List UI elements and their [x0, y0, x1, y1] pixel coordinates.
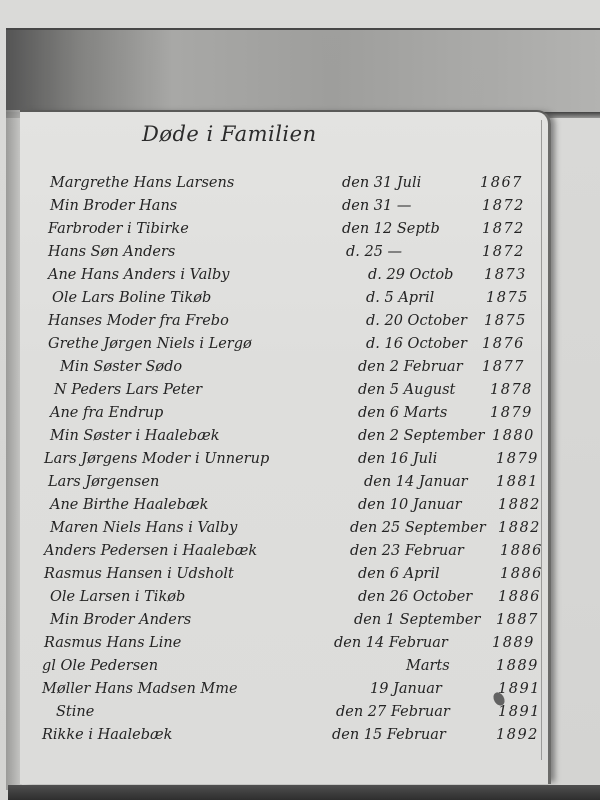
document-photo: Døde i Familien Margrethe Hans Larsens d…	[0, 0, 600, 800]
entry-date: den 1 September	[354, 612, 480, 628]
entry-year: 1867	[480, 175, 523, 191]
entry-date: den 14 Februar	[334, 635, 448, 651]
register-entry: Min Søster Sødo den 2 Februar 1877	[20, 359, 548, 381]
register-entry: Rasmus Hansen i Udsholt den 6 April 1886	[20, 566, 548, 588]
register-page: Døde i Familien Margrethe Hans Larsens d…	[20, 110, 551, 784]
entry-name: Ole Larsen i Tikøb	[50, 589, 185, 605]
entry-name: Anders Pedersen i Haalebæk	[44, 543, 257, 559]
entry-name: Min Broder Anders	[50, 612, 191, 628]
entry-date: den 10 Januar	[358, 497, 462, 513]
entry-year: 1882	[498, 497, 541, 513]
death-register-list: Margrethe Hans Larsens den 31 Juli 1867 …	[20, 112, 548, 784]
entry-date: den 31 —	[342, 198, 411, 214]
entry-name: Ane fra Endrup	[50, 405, 163, 421]
register-entry: Margrethe Hans Larsens den 31 Juli 1867	[20, 175, 548, 197]
register-entry: Lars Jørgensen den 14 Januar 1881	[20, 474, 548, 496]
entry-year: 1872	[482, 198, 525, 214]
entry-year: 1886	[500, 566, 543, 582]
register-entry: Min Broder Hans den 31 — 1872	[20, 198, 548, 220]
entry-year: 1873	[484, 267, 527, 283]
entry-name: Hans Søn Anders	[48, 244, 175, 260]
entry-year: 1887	[496, 612, 539, 628]
entry-name: Ane Hans Anders i Valby	[48, 267, 229, 283]
entry-name: Min Søster Sødo	[60, 359, 182, 375]
entry-date: den 27 Februar	[336, 704, 450, 720]
register-entry: Ane Hans Anders i Valby d. 29 Octob 1873	[20, 267, 548, 289]
entry-date: d. 5 April	[366, 290, 434, 306]
entry-date: den 6 April	[358, 566, 440, 582]
register-entry: Rikke i Haalebæk den 15 Februar 1892	[20, 727, 548, 749]
entry-year: 1881	[496, 474, 539, 490]
register-entry: Maren Niels Hans i Valby den 25 Septembe…	[20, 520, 548, 542]
register-entry: Anders Pedersen i Haalebæk den 23 Februa…	[20, 543, 548, 565]
entry-date: den 23 Februar	[350, 543, 464, 559]
entry-date: Marts	[406, 658, 450, 674]
entry-date: den 5 August	[358, 382, 455, 398]
entry-date: d. 29 Octob	[368, 267, 453, 283]
entry-name: Maren Niels Hans i Valby	[50, 520, 237, 536]
register-entry: Rasmus Hans Line den 14 Februar 1889	[20, 635, 548, 657]
entry-year: 1878	[490, 382, 533, 398]
entry-date: den 6 Marts	[358, 405, 447, 421]
entry-year: 1886	[500, 543, 543, 559]
entry-year: 1879	[496, 451, 539, 467]
entry-date: 19 Januar	[370, 681, 442, 697]
entry-name: gl Ole Pedersen	[42, 658, 158, 674]
entry-year: 1879	[490, 405, 533, 421]
entry-year: 1892	[496, 727, 539, 743]
entry-year: 1872	[482, 221, 525, 237]
entry-year: 1875	[486, 290, 529, 306]
entry-date: den 15 Februar	[332, 727, 446, 743]
entry-name: N Peders Lars Peter	[54, 382, 202, 398]
entry-name: Lars Jørgensen	[48, 474, 159, 490]
entry-name: Ane Birthe Haalebæk	[50, 497, 208, 513]
register-entry: Min Søster i Haalebæk den 2 September 18…	[20, 428, 548, 450]
entry-date: den 25 September	[350, 520, 486, 536]
entry-date: den 2 Februar	[358, 359, 463, 375]
binding-shadow-bottom	[8, 785, 600, 800]
entry-name: Hanses Moder fra Frebo	[48, 313, 229, 329]
entry-name: Min Broder Hans	[50, 198, 177, 214]
entry-year: 1877	[482, 359, 525, 375]
entry-date: d. 20 October	[366, 313, 467, 329]
entry-name: Ole Lars Boline Tikøb	[52, 290, 211, 306]
register-entry: Møller Hans Madsen Mme 19 Januar 1891	[20, 681, 548, 703]
entry-year: 1891	[498, 681, 541, 697]
register-entry: Ane Birthe Haalebæk den 10 Januar 1882	[20, 497, 548, 519]
register-entry: Min Broder Anders den 1 September 1887	[20, 612, 548, 634]
entry-name: Lars Jørgens Moder i Unnerup	[44, 451, 269, 467]
entry-name: Rasmus Hans Line	[44, 635, 181, 651]
binding-shadow-top	[6, 28, 600, 118]
entry-year: 1889	[492, 635, 535, 651]
register-entry: Ole Larsen i Tikøb den 26 October 1886	[20, 589, 548, 611]
entry-date: den 14 Januar	[364, 474, 468, 490]
entry-year: 1880	[492, 428, 535, 444]
entry-year: 1872	[482, 244, 525, 260]
entry-name: Stine	[56, 704, 94, 720]
entry-date: d. 25 —	[346, 244, 402, 260]
register-entry: Grethe Jørgen Niels i Lergø d. 16 Octobe…	[20, 336, 548, 358]
register-entry: Hanses Moder fra Frebo d. 20 October 187…	[20, 313, 548, 335]
entry-date: den 31 Juli	[342, 175, 421, 191]
entry-year: 1882	[498, 520, 541, 536]
register-entry: Lars Jørgens Moder i Unnerup den 16 Juli…	[20, 451, 548, 473]
register-entry: Ane fra Endrup den 6 Marts 1879	[20, 405, 548, 427]
register-entry: Stine den 27 Februar 1891	[20, 704, 548, 726]
entry-year: 1886	[498, 589, 541, 605]
entry-year: 1875	[484, 313, 527, 329]
entry-name: Møller Hans Madsen Mme	[42, 681, 238, 697]
entry-name: Rasmus Hansen i Udsholt	[44, 566, 234, 582]
entry-date: den 16 Juli	[358, 451, 437, 467]
entry-name: Grethe Jørgen Niels i Lergø	[48, 336, 252, 352]
entry-name: Rikke i Haalebæk	[42, 727, 172, 743]
entry-date: den 26 October	[358, 589, 472, 605]
entry-year: 1876	[482, 336, 525, 352]
entry-year: 1891	[498, 704, 541, 720]
entry-name: Farbroder i Tibirke	[48, 221, 189, 237]
register-entry: gl Ole Pedersen Marts 1889	[20, 658, 548, 680]
register-entry: Farbroder i Tibirke den 12 Septb 1872	[20, 221, 548, 243]
register-entry: Ole Lars Boline Tikøb d. 5 April 1875	[20, 290, 548, 312]
entry-date: d. 16 October	[366, 336, 467, 352]
entry-name: Min Søster i Haalebæk	[50, 428, 220, 444]
entry-year: 1889	[496, 658, 539, 674]
register-entry: N Peders Lars Peter den 5 August 1878	[20, 382, 548, 404]
register-entry: Hans Søn Anders d. 25 — 1872	[20, 244, 548, 266]
entry-date: den 12 Septb	[342, 221, 440, 237]
entry-name: Margrethe Hans Larsens	[50, 175, 234, 191]
entry-date: den 2 September	[358, 428, 484, 444]
